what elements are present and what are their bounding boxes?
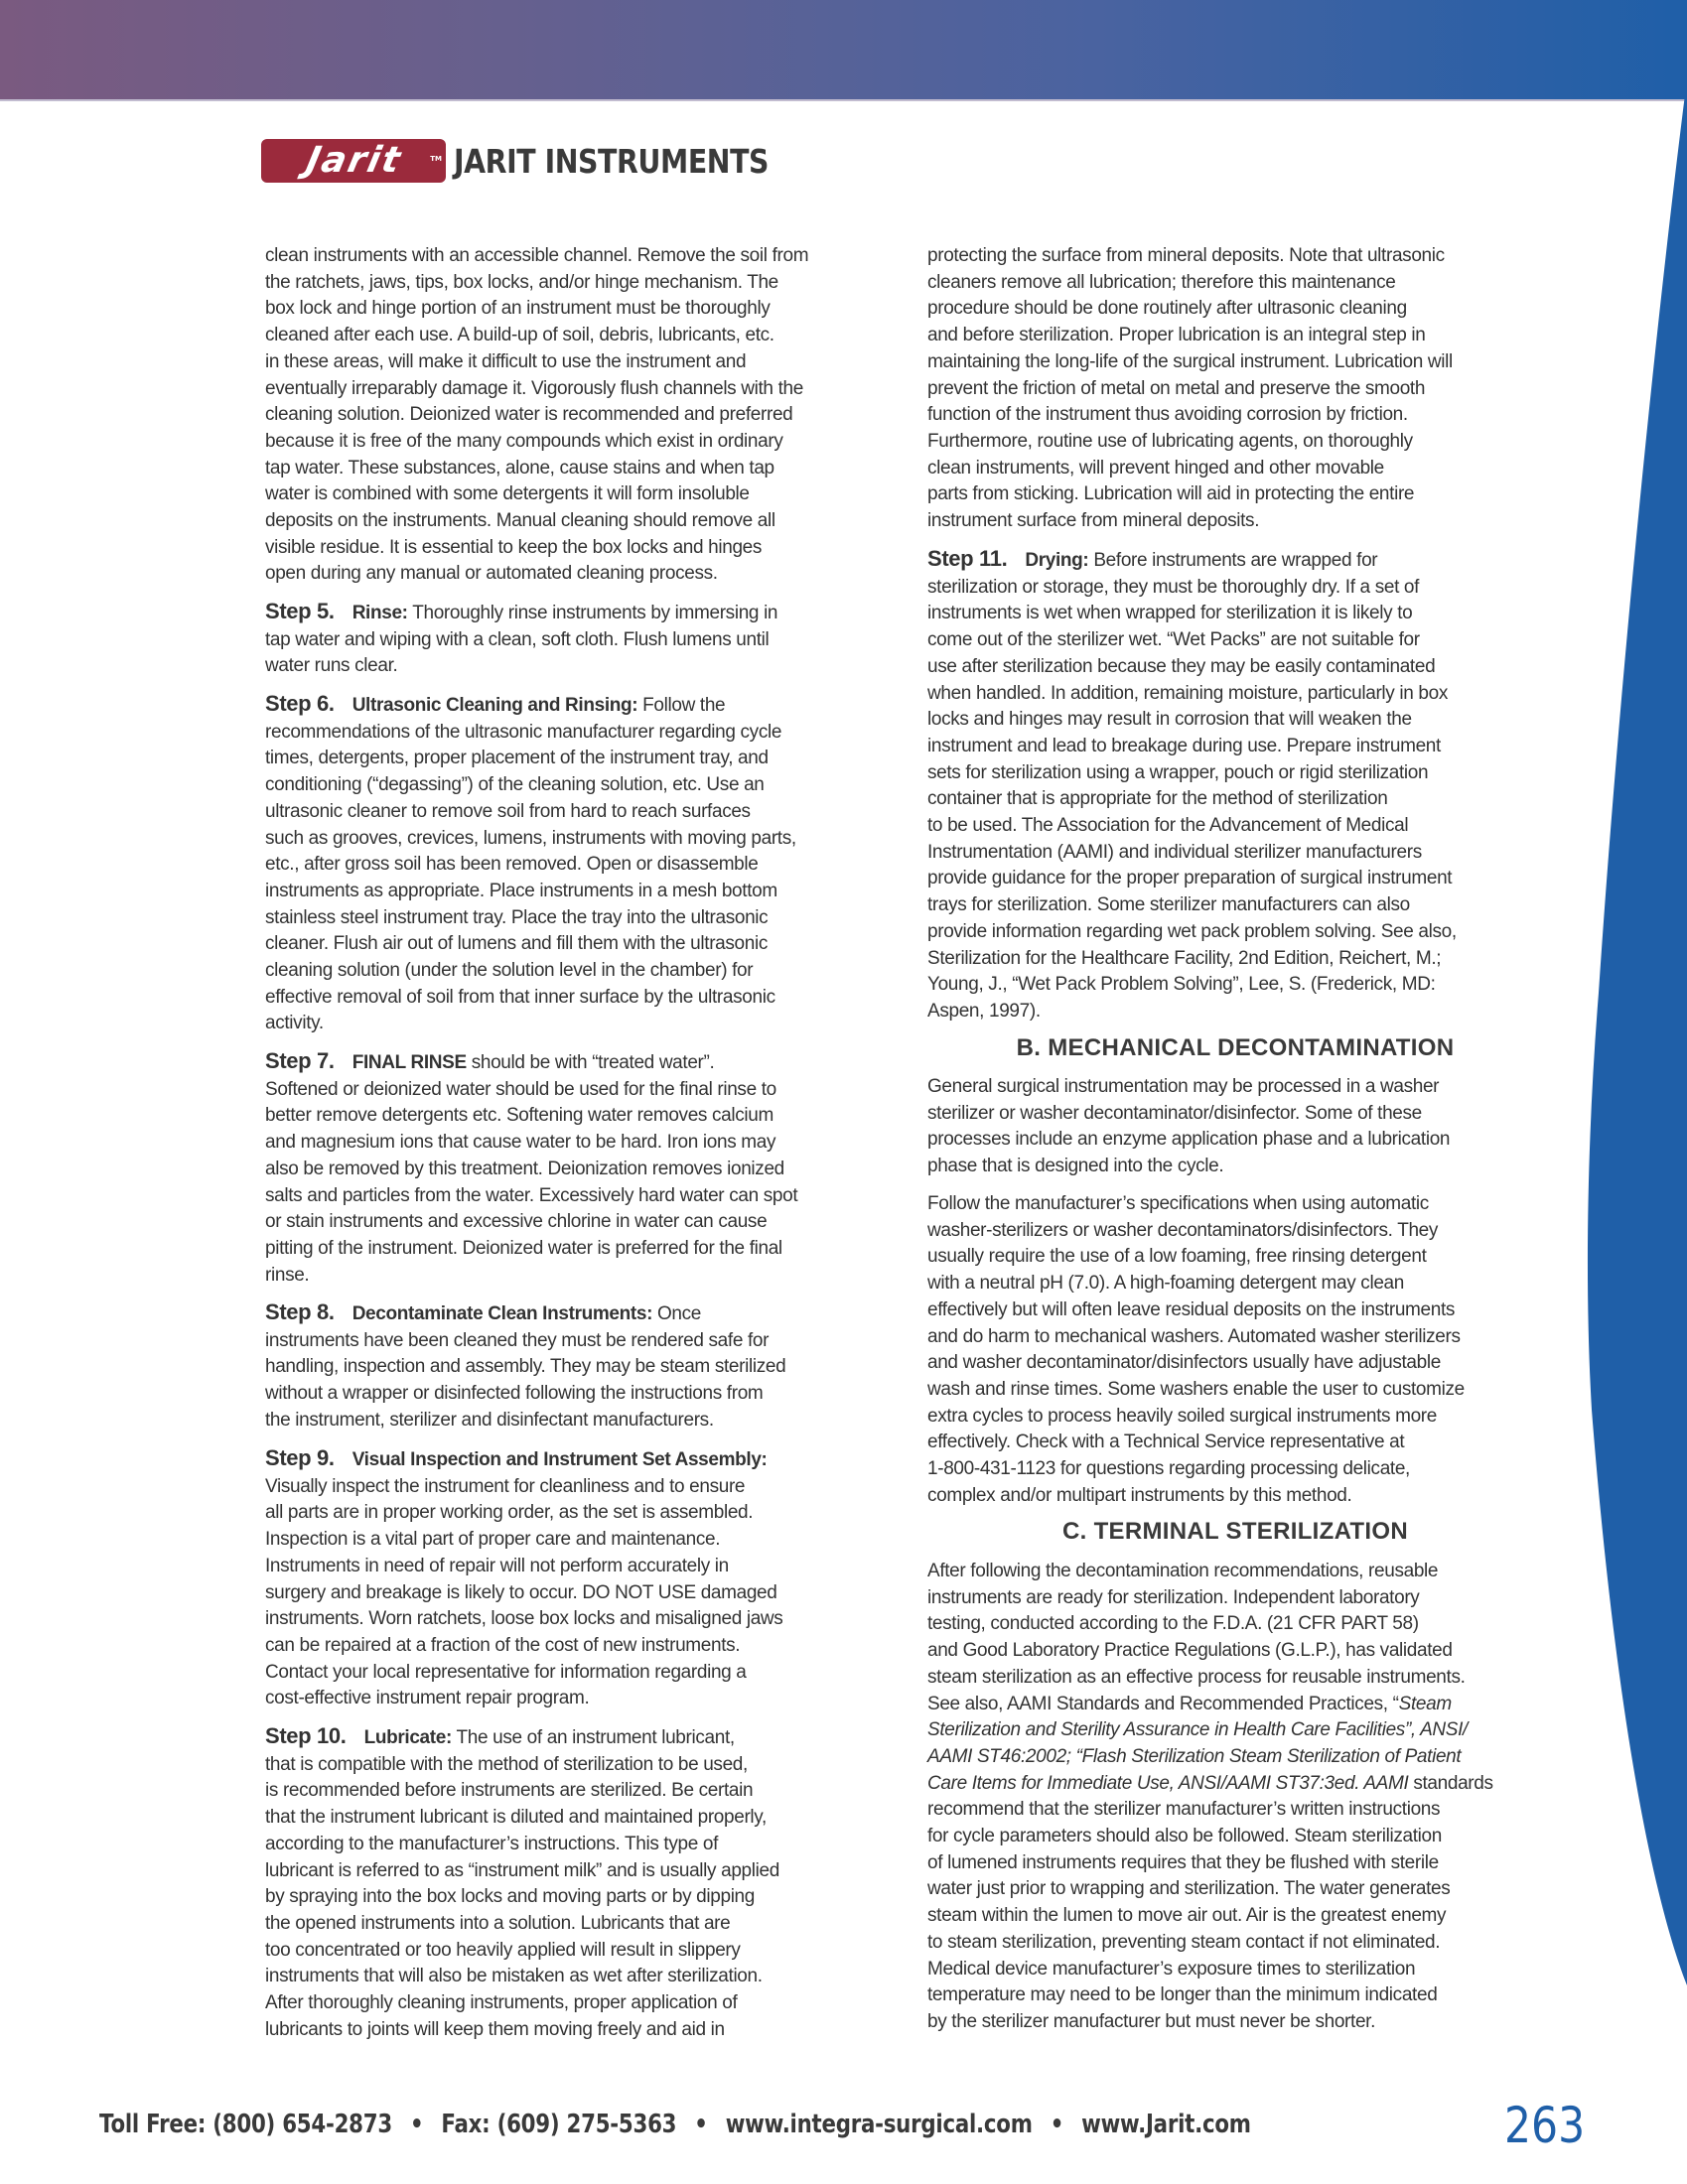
step-11-line: locks and hinges may result in corrosion… [927, 707, 1412, 733]
section-b-para2-line: wash and rinse times. Some washers enabl… [927, 1377, 1465, 1403]
citation-suffix: standards [1408, 1773, 1492, 1794]
step-10-line: by spraying into the box locks and movin… [265, 1884, 755, 1910]
step-9-line: Contact your local representative for in… [265, 1660, 747, 1686]
step-number: Step 6. [265, 691, 335, 716]
section-b-para2-line: effectively but will often leave residua… [927, 1297, 1455, 1323]
section-b-para1-line: General surgical instrumentation may be … [927, 1074, 1439, 1100]
intro-line: visible residue. It is essential to keep… [265, 535, 762, 561]
brand-name: JARIT INSTRUMENTS [454, 142, 769, 181]
continued-line: prevent the friction of metal on metal a… [927, 376, 1425, 402]
step-10-line: too concentrated or too heavily applied … [265, 1938, 741, 1964]
step-11-line: Young, J., “Wet Pack Problem Solving”, L… [927, 972, 1436, 998]
website-integra-link[interactable]: www.integra-surgical.com [726, 2110, 1033, 2139]
step-7-line: and magnesium ions that cause water to b… [265, 1130, 775, 1156]
step-11-heading: Step 11.Drying: Before instruments are w… [927, 546, 1377, 574]
step-11-line: to be used. The Association for the Adva… [927, 813, 1408, 839]
step-10-line: that is compatible with the method of st… [265, 1752, 748, 1778]
step-9-heading: Step 9.Visual Inspection and Instrument … [265, 1445, 768, 1473]
step-text: Thoroughly rinse instruments by immersin… [408, 603, 778, 623]
step-11-line: instruments is wet when wrapped for ster… [927, 601, 1412, 626]
step-6-line: recommendations of the ultrasonic manufa… [265, 720, 781, 746]
section-b-title: B. MECHANICAL DECONTAMINATION [927, 1034, 1543, 1062]
step-title: FINAL RINSE [352, 1052, 467, 1073]
section-c-see-also-line: See also, AAMI Standards and Recommended… [927, 1692, 1452, 1717]
logo-mark: Jarit [302, 139, 405, 183]
jarit-logo: Jarit TM JARIT INSTRUMENTS [261, 139, 820, 183]
step-8-line: instruments have been cleaned they must … [265, 1328, 769, 1354]
section-c-line: instruments are ready for sterilization.… [927, 1585, 1419, 1611]
intro-line: clean instruments with an accessible cha… [265, 243, 808, 269]
intro-line: tap water. These substances, alone, caus… [265, 456, 774, 481]
section-c-line: of lumened instruments requires that the… [927, 1850, 1439, 1876]
step-7-line: salts and particles from the water. Exce… [265, 1183, 797, 1209]
step-11-line: when handled. In addition, remaining moi… [927, 681, 1448, 707]
continued-line: procedure should be done routinely after… [927, 296, 1407, 322]
step-10-heading: Step 10.Lubricate: The use of an instrum… [265, 1723, 735, 1751]
step-6-line: cleaner. Flush air out of lumens and fil… [265, 931, 768, 957]
step-6-line: times, detergents, proper placement of t… [265, 746, 769, 771]
section-b-para1-line: sterilizer or washer decontaminator/disi… [927, 1101, 1422, 1127]
section-c-line: water just prior to wrapping and sterili… [927, 1876, 1450, 1902]
step-10-line: lubricant is referred to as “instrument … [265, 1858, 779, 1884]
banner-divider [0, 99, 1687, 101]
step-8-heading: Step 8.Decontaminate Clean Instruments: … [265, 1299, 701, 1327]
step-11-line: sterilization or storage, they must be t… [927, 575, 1419, 601]
step-10-line: that the instrument lubricant is diluted… [265, 1805, 767, 1831]
step-8-line: handling, inspection and assembly. They … [265, 1354, 785, 1380]
step-7-line: pitting of the instrument. Deionized wat… [265, 1236, 782, 1262]
citation-italic-line: AAMI ST46:2002; “Flash Sterilization Ste… [927, 1744, 1461, 1770]
footer-contact: Toll Free: (800) 654-2873•Fax: (609) 275… [99, 2110, 1251, 2139]
section-c-line: recommend that the sterilizer manufactur… [927, 1797, 1440, 1823]
step-9-line: Inspection is a vital part of proper car… [265, 1527, 720, 1553]
step-7-line: rinse. [265, 1263, 309, 1289]
step-7-heading: Step 7.FINAL RINSE should be with “treat… [265, 1048, 714, 1076]
intro-line: box lock and hinge portion of an instrum… [265, 296, 771, 322]
step-10-line: instruments that will also be mistaken a… [265, 1964, 763, 1989]
step-6-line: instruments as appropriate. Place instru… [265, 879, 777, 904]
step-11-line: Instrumentation (AAMI) and individual st… [927, 840, 1422, 866]
step-title: Rinse: [352, 603, 408, 623]
step-6-line: effective removal of soil from that inne… [265, 985, 775, 1011]
step-number: Step 10. [265, 1723, 347, 1748]
step-11-line: come out of the sterilizer wet. “Wet Pac… [927, 627, 1420, 653]
continued-line: Furthermore, routine use of lubricating … [927, 429, 1413, 455]
intro-line: deposits on the instruments. Manual clea… [265, 508, 775, 534]
step-9-line: instruments. Worn ratchets, loose box lo… [265, 1606, 782, 1632]
citation-italic: Steam [1399, 1694, 1452, 1714]
continued-line: cleaners remove all lubrication; therefo… [927, 270, 1396, 296]
step-text: Once [652, 1303, 701, 1324]
step-6-line: conditioning (“degassing”) of the cleani… [265, 772, 765, 798]
step-number: Step 5. [265, 599, 335, 623]
continued-line: and before sterilization. Proper lubrica… [927, 323, 1425, 348]
fax-number: Fax: (609) 275-5363 [441, 2110, 676, 2139]
step-11-line: container that is appropriate for the me… [927, 786, 1387, 812]
separator: • [694, 2110, 707, 2139]
intro-line: cleaning solution. Deionized water is re… [265, 402, 792, 428]
continued-line: instrument surface from mineral deposits… [927, 508, 1259, 534]
step-6-line: ultrasonic cleaner to remove soil from h… [265, 799, 751, 825]
step-9-line: all parts are in proper working order, a… [265, 1500, 753, 1526]
intro-line: the ratchets, jaws, tips, box locks, and… [265, 270, 778, 296]
step-7-line: or stain instruments and excessive chlor… [265, 1209, 767, 1235]
section-c-line: steam within the lumen to move air out. … [927, 1903, 1446, 1929]
step-11-line: sets for sterilization using a wrapper, … [927, 760, 1428, 786]
step-number: Step 9. [265, 1445, 335, 1470]
section-c-line: and Good Laboratory Practice Regulations… [927, 1638, 1453, 1664]
continued-line: protecting the surface from mineral depo… [927, 243, 1445, 269]
step-6-line: such as grooves, crevices, lumens, instr… [265, 826, 796, 852]
step-7-line: Softened or deionized water should be us… [265, 1077, 776, 1103]
section-c-line: for cycle parameters should also be foll… [927, 1824, 1442, 1849]
step-text: Before instruments are wrapped for [1088, 550, 1377, 571]
step-number: Step 7. [265, 1048, 335, 1073]
jarit-logo-badge: Jarit TM [261, 139, 446, 183]
section-b-para1-line: processes include an enzyme application … [927, 1127, 1450, 1153]
step-10-line: After thoroughly cleaning instruments, p… [265, 1990, 737, 2016]
intro-line: because it is free of the many compounds… [265, 429, 783, 455]
section-b-para2-line: with a neutral pH (7.0). A high-foaming … [927, 1271, 1404, 1297]
step-text: Follow the [637, 695, 725, 716]
step-title: Visual Inspection and Instrument Set Ass… [352, 1449, 768, 1470]
section-b-para2-line: and do harm to mechanical washers. Autom… [927, 1324, 1461, 1350]
step-6-line: etc., after gross soil has been removed.… [265, 852, 758, 878]
section-c-line: Medical device manufacturer’s exposure t… [927, 1957, 1415, 1982]
step-9-line: Instruments in need of repair will not p… [265, 1554, 729, 1579]
step-6-heading: Step 6.Ultrasonic Cleaning and Rinsing: … [265, 691, 725, 719]
step-6-line: activity. [265, 1011, 324, 1036]
step-6-line: stainless steel instrument tray. Place t… [265, 905, 768, 931]
intro-line: open during any manual or automated clea… [265, 561, 718, 587]
step-text: should be with “treated water”. [467, 1052, 715, 1073]
step-10-line: according to the manufacturer’s instruct… [265, 1832, 718, 1857]
step-10-line: is recommended before instruments are st… [265, 1778, 753, 1804]
section-c-line: After following the decontamination reco… [927, 1559, 1438, 1584]
step-number: Step 11. [927, 546, 1007, 571]
citation-italic-line: Sterilization and Sterility Assurance in… [927, 1717, 1468, 1743]
section-b-para2-line: washer-sterilizers or washer decontamina… [927, 1218, 1438, 1244]
step-number: Step 8. [265, 1299, 335, 1324]
step-7-line: also be removed by this treatment. Deion… [265, 1157, 784, 1182]
intro-line: eventually irreparably damage it. Vigoro… [265, 376, 803, 402]
section-c-title: C. TERMINAL STERILIZATION [927, 1518, 1543, 1546]
continued-line: parts from sticking. Lubrication will ai… [927, 481, 1414, 507]
section-b-para2-line: 1-800-431-1123 for questions regarding p… [927, 1456, 1410, 1482]
step-5-heading: Step 5.Rinse: Thoroughly rinse instrumen… [265, 599, 777, 626]
step-11-line: Sterilization for the Healthcare Facilit… [927, 946, 1441, 972]
page-number: 263 [1504, 2097, 1585, 2154]
step-10-line: the opened instruments into a solution. … [265, 1911, 730, 1937]
step-8-line: without a wrapper or disinfected followi… [265, 1381, 763, 1407]
section-c-line: by the sterilizer manufacturer but must … [927, 2009, 1375, 2035]
step-11-line: trays for sterilization. Some sterilizer… [927, 892, 1410, 918]
step-10-line: lubricants to joints will keep them movi… [265, 2017, 725, 2043]
section-b-para2-line: and washer decontaminator/disinfectors u… [927, 1350, 1441, 1376]
section-c-line: temperature may need to be longer than t… [927, 1982, 1437, 2008]
step-11-line: provide information regarding wet pack p… [927, 919, 1457, 945]
trademark-symbol: TM [430, 155, 442, 163]
step-title: Lubricate: [364, 1727, 452, 1748]
step-text: The use of an instrument lubricant, [452, 1727, 735, 1748]
continued-line: clean instruments, will prevent hinged a… [927, 456, 1384, 481]
citation-italic: Care Items for Immediate Use, ANSI/AAMI … [927, 1773, 1408, 1794]
section-b-para2-line: effectively. Check with a Technical Serv… [927, 1430, 1404, 1455]
step-11-line: provide guidance for the proper preparat… [927, 866, 1452, 891]
section-b-para2-line: usually require the use of a low foaming… [927, 1244, 1427, 1270]
section-b-para1-line: phase that is designed into the cycle. [927, 1154, 1223, 1179]
section-b-para2-line: extra cycles to process heavily soiled s… [927, 1404, 1437, 1430]
step-5-line: water runs clear. [265, 653, 397, 679]
toll-free-number: Toll Free: (800) 654-2873 [99, 2110, 392, 2139]
step-9-line: Visually inspect the instrument for clea… [265, 1474, 745, 1500]
step-title: Decontaminate Clean Instruments: [352, 1303, 652, 1324]
step-8-line: the instrument, sterilizer and disinfect… [265, 1408, 714, 1433]
step-5-line: tap water and wiping with a clean, soft … [265, 627, 769, 653]
section-b-para2-line: complex and/or multipart instruments by … [927, 1483, 1351, 1509]
separator: • [1051, 2110, 1063, 2139]
step-11-line: Aspen, 1997). [927, 999, 1041, 1024]
section-c-line: to steam sterilization, preventing steam… [927, 1930, 1440, 1956]
website-jarit-link[interactable]: www.Jarit.com [1081, 2110, 1251, 2139]
section-c-line: testing, conducted according to the F.D.… [927, 1611, 1419, 1637]
section-b-para2-line: Follow the manufacturer’s specifications… [927, 1191, 1429, 1217]
step-9-line: surgery and breakage is likely to occur.… [265, 1580, 776, 1606]
separator: • [410, 2110, 423, 2139]
step-9-line: can be repaired at a fraction of the cos… [265, 1633, 740, 1659]
see-also-text: See also, AAMI Standards and Recommended… [927, 1694, 1399, 1714]
continued-line: maintaining the long-life of the surgica… [927, 349, 1453, 375]
header-banner [0, 0, 1687, 99]
step-title: Ultrasonic Cleaning and Rinsing: [352, 695, 638, 716]
step-9-line: cost-effective instrument repair program… [265, 1686, 589, 1711]
intro-line: in these areas, will make it difficult t… [265, 349, 746, 375]
step-11-line: instrument and lead to breakage during u… [927, 734, 1441, 759]
intro-line: water is combined with some detergents i… [265, 481, 750, 507]
continued-line: function of the instrument thus avoiding… [927, 402, 1408, 428]
step-7-line: better remove detergents etc. Softening … [265, 1103, 773, 1129]
step-6-line: cleaning solution (under the solution le… [265, 958, 753, 984]
intro-line: cleaned after each use. A build-up of so… [265, 323, 774, 348]
section-c-line: steam sterilization as an effective proc… [927, 1665, 1466, 1691]
step-11-line: use after sterilization because they may… [927, 654, 1435, 680]
step-title: Drying: [1025, 550, 1088, 571]
citation-italic-line: Care Items for Immediate Use, ANSI/AAMI … [927, 1771, 1493, 1797]
